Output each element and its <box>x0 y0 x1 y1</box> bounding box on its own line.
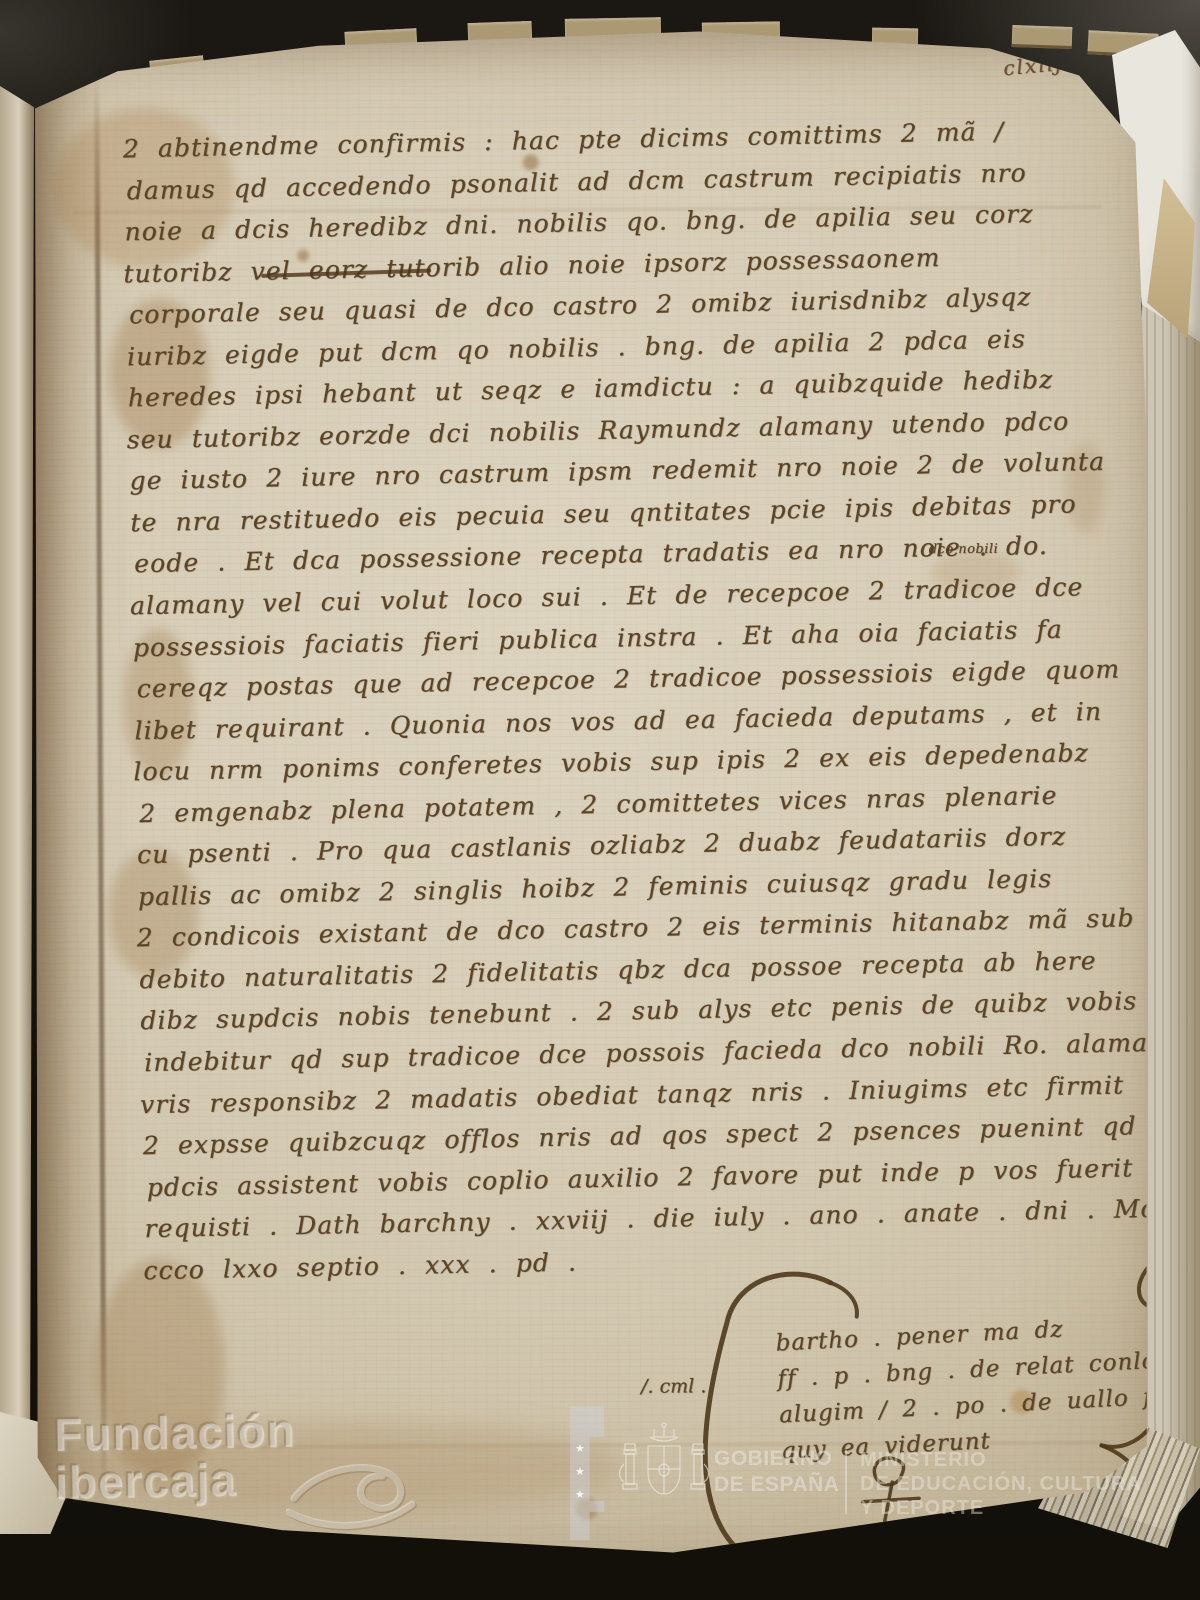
ibercaja-watermark-line2: ibercaja <box>54 1454 296 1506</box>
star-icon: ★ <box>575 1444 585 1455</box>
star-icon: ★ <box>575 1490 585 1501</box>
spain-coat-of-arms-icon <box>616 1420 712 1524</box>
interlinear-note: dco nobili <box>929 542 999 557</box>
gobierno-line1: GOBIERNO <box>714 1446 839 1472</box>
previous-page-edge <box>0 86 34 1498</box>
watermark-divider <box>845 1450 847 1514</box>
ministry-line1: MINISTERIO <box>860 1448 1142 1472</box>
ibercaja-logo-icon <box>286 1448 420 1540</box>
manuscript-text-block: 2 abtinendme confirmis : hac pte dicims … <box>123 109 1136 1292</box>
parchment-edge-tab <box>1012 25 1073 49</box>
scan-canvas: clxiij 2 abtinendme confirmis : hac pte … <box>0 0 1200 1600</box>
notarial-subscription: bartho . pener ma dzff . p . bng . de re… <box>775 1307 1172 1470</box>
star-icon: ★ <box>575 1467 585 1478</box>
ministry-line2: DE EDUCACIÓN, CULTURA <box>860 1472 1142 1496</box>
gobierno-watermark-text: GOBIERNO DE ESPAÑA <box>714 1446 839 1498</box>
manuscript-page: clxiij 2 abtinendme confirmis : hac pte … <box>28 23 1154 1559</box>
ministry-watermark-text: MINISTERIO DE EDUCACIÓN, CULTURA Y DEPOR… <box>860 1448 1142 1520</box>
ibercaja-watermark: Fundación ibercaja <box>53 1406 296 1506</box>
gobierno-line2: DE ESPAÑA <box>714 1472 839 1498</box>
ibercaja-watermark-line1: Fundación <box>53 1406 295 1458</box>
ministry-line3: Y DEPORTE <box>860 1496 1142 1520</box>
